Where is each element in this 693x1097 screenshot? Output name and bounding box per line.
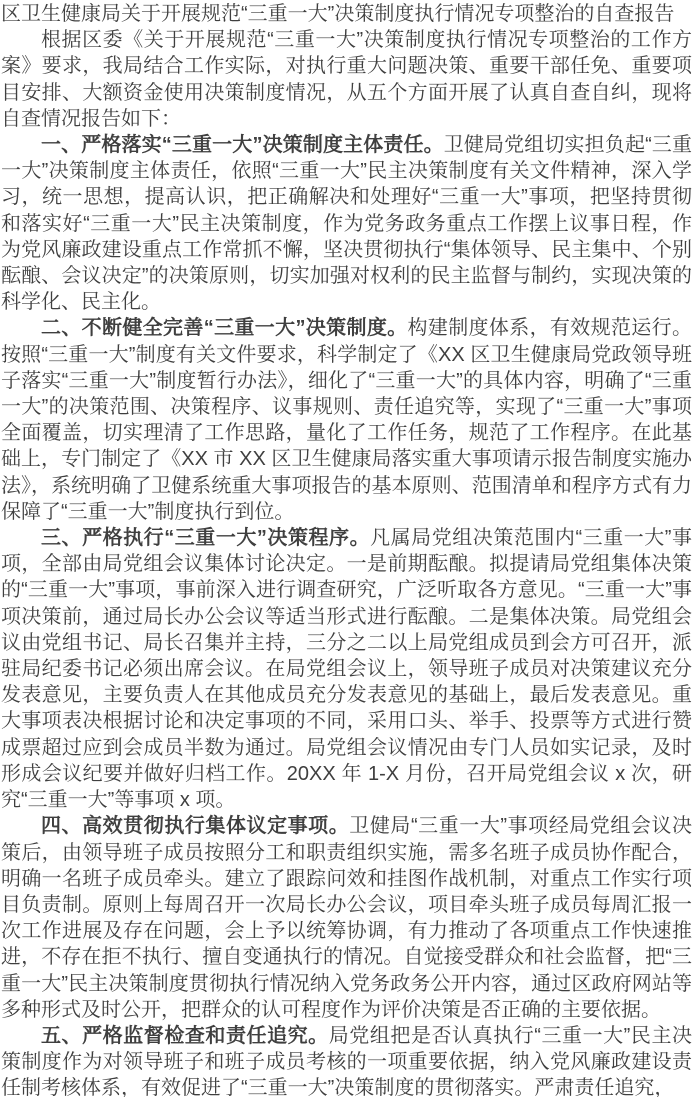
- paragraph-heading: 一、严格落实“三重一大”决策制度主体责任。: [41, 134, 444, 156]
- paragraph: 五、严格监督检查和责任追究。局党组把是否认真执行“三重一大”民主决策制度作为对领…: [1, 1023, 692, 1097]
- document-title: 区卫生健康局关于开展规范“三重一大”决策制度执行情况专项整治的自查报告: [1, 1, 692, 27]
- paragraph-text: 根据区委《关于开展规范“三重一大”决策制度执行情况专项整治的工作方案》要求，我局…: [1, 29, 692, 130]
- paragraph-heading: 二、不断健全完善“三重一大”决策制度。: [41, 317, 408, 339]
- paragraph-text: 卫健局党组切实担负起“三重一大”决策制度主体责任，依照“三重一大”民主决策制度有…: [1, 134, 692, 313]
- paragraph-text: 构建制度体系，有效规范运行。按照“三重一大”制度有关文件要求，科学制定了《XX …: [1, 317, 692, 522]
- paragraph-heading: 四、高效贯彻执行集体议定事项。: [41, 815, 349, 837]
- paragraph: 二、不断健全完善“三重一大”决策制度。构建制度体系，有效规范运行。按照“三重一大…: [1, 315, 692, 525]
- paragraph: 一、严格落实“三重一大”决策制度主体责任。卫健局党组切实担负起“三重一大”决策制…: [1, 132, 692, 315]
- paragraph-heading: 三、严格执行“三重一大”决策程序。: [41, 527, 370, 549]
- document: 区卫生健康局关于开展规范“三重一大”决策制度执行情况专项整治的自查报告 根据区委…: [0, 0, 693, 1097]
- paragraph-heading: 五、严格监督检查和责任追究。: [41, 1025, 329, 1047]
- paragraph-text: 卫健局“三重一大”事项经局党组会议决策后，由领导班子成员按照分工和职责组织实施，…: [1, 815, 692, 1020]
- paragraph: 四、高效贯彻执行集体议定事项。卫健局“三重一大”事项经局党组会议决策后，由领导班…: [1, 813, 692, 1023]
- document-body: 根据区委《关于开展规范“三重一大”决策制度执行情况专项整治的工作方案》要求，我局…: [1, 27, 692, 1097]
- paragraph: 根据区委《关于开展规范“三重一大”决策制度执行情况专项整治的工作方案》要求，我局…: [1, 27, 692, 132]
- paragraph-text: 凡属局党组决策范围内“三重一大”事项，全部由局党组会议集体讨论决定。一是前期酝酿…: [1, 527, 692, 811]
- paragraph: 三、严格执行“三重一大”决策程序。凡属局党组决策范围内“三重一大”事项，全部由局…: [1, 525, 692, 813]
